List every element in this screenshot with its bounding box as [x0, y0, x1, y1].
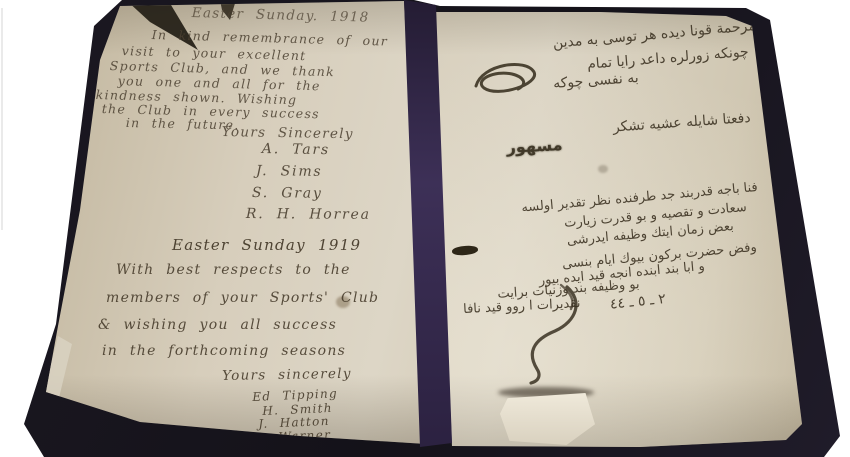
- photograph-open-notebook: Easter Sunday. 1918 In kind remembrance …: [0, 0, 850, 457]
- ottoman-line: دفعتا شايله عشيه تشكر: [550, 110, 751, 140]
- signature: R. H. Horrea: [246, 206, 371, 223]
- scribble-flourish: [468, 56, 548, 102]
- ottoman-line-bold: مسهور: [452, 135, 563, 160]
- handwriting-line: members of your Sports' Club: [106, 290, 379, 306]
- large-pen-flourish: [505, 283, 595, 388]
- signature: S. Gray: [252, 185, 323, 202]
- entry-1919-heading: Easter Sunday 1919: [172, 236, 361, 254]
- signature: A. Tars: [262, 141, 330, 158]
- handwriting-line: & wishing you all success: [98, 317, 337, 333]
- handwriting-line: With best respects to the: [116, 262, 351, 278]
- handwriting-line: in the forthcoming seasons: [102, 343, 346, 359]
- ink-spot: [598, 165, 608, 173]
- signature: J. Sims: [256, 163, 323, 180]
- photo-edge-line: [1, 8, 3, 230]
- entry-1919-closing: Yours sincerely: [222, 366, 352, 384]
- entry-1918-closing: Yours Sincerely: [222, 124, 354, 142]
- torn-paper-patch: [500, 393, 595, 445]
- entry-1918-heading: Easter Sunday. 1918: [192, 5, 370, 26]
